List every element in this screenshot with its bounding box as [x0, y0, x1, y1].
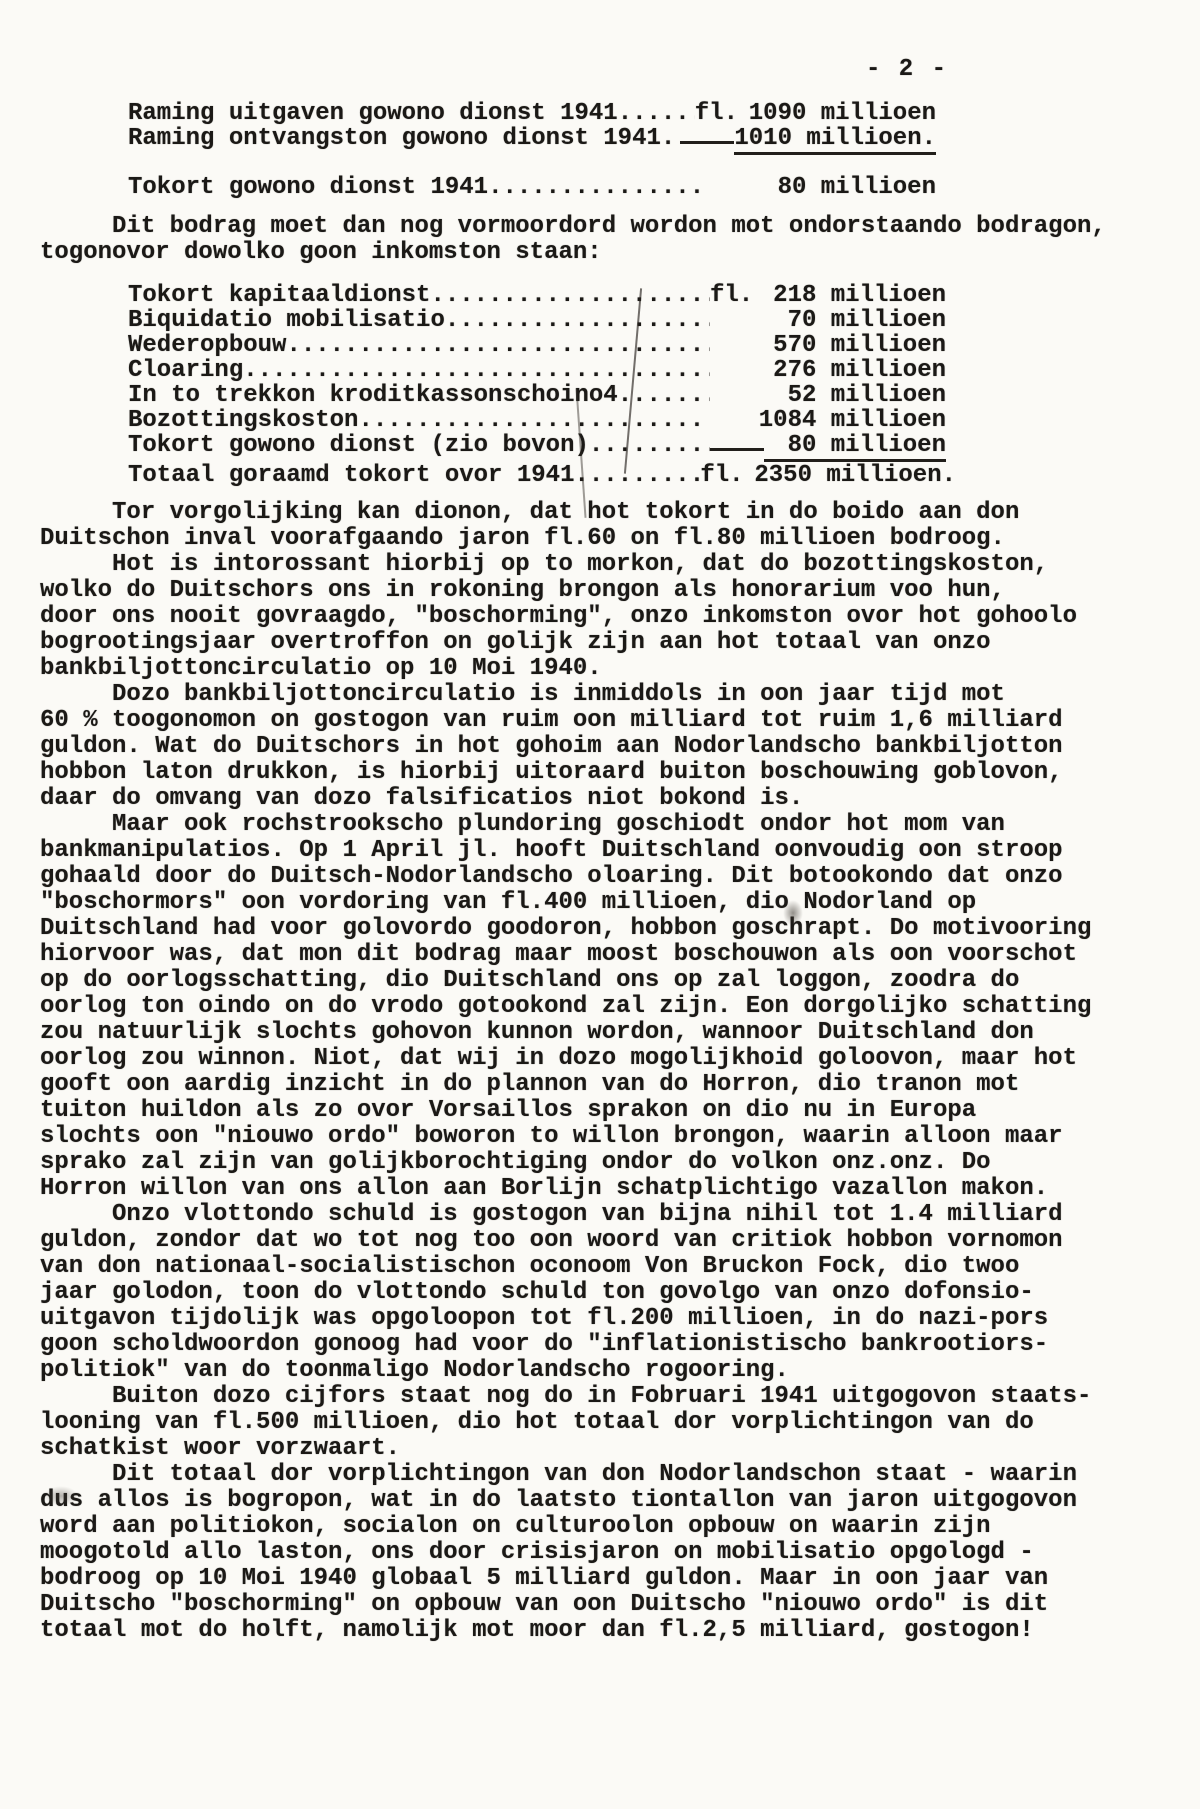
dot-leader: ........................................… — [574, 462, 700, 489]
dot-leader: ........................................… — [488, 174, 700, 201]
dot-leader: ........................................… — [430, 282, 710, 309]
row-amount: 1090 millioen — [749, 100, 936, 127]
dot-leader: ........................................… — [358, 407, 704, 434]
total-row: Totaal goraamd tokort ovor 1941 ........… — [128, 462, 956, 487]
table-row: Raming uitgaven gowono dionst 1941 .....… — [128, 100, 936, 125]
row-label: Raming uitgaven gowono dionst 1941 — [128, 100, 618, 127]
row-amount: 1010 millioen. — [734, 125, 936, 155]
currency-label: fl. — [710, 282, 764, 309]
intro-paragraph: Dit bodrag moet dan nog vormoordord word… — [40, 214, 1106, 266]
row-amount: 570 millioen — [764, 332, 946, 359]
table-row: Tokort gowono dionst (zio bovon) .......… — [128, 432, 946, 457]
row-label: Tokort gowono dionst (zio bovon) — [128, 432, 589, 459]
scanned-document-page: - 2 - Raming uitgaven gowono dionst 1941… — [0, 0, 1200, 1809]
table-row: Cloaring ...............................… — [128, 357, 946, 382]
table-row: Tokort kapitaaldionst ..................… — [128, 282, 946, 307]
table-row: Raming ontvangston gowono dionst 1941 ..… — [128, 125, 936, 150]
table-row: Bozottingskoston .......................… — [128, 407, 946, 432]
dot-leader: ........................................… — [286, 332, 710, 359]
table-row: Tokort gowono dionst 1941 ..............… — [128, 174, 936, 199]
currency-label: fl. — [700, 462, 754, 489]
row-label: Bozottingskoston — [128, 407, 358, 434]
dot-leader: ........................................… — [445, 307, 710, 334]
currency-label — [710, 448, 764, 451]
row-amount: 2350 millioen. — [754, 462, 956, 489]
row-label: Tokort gowono dionst 1941 — [128, 174, 488, 201]
row-label: Totaal goraamd tokort ovor 1941 — [128, 462, 574, 489]
page-number: - 2 - — [866, 56, 948, 83]
row-amount: 276 millioen — [764, 357, 946, 384]
table-row: In to trekkon kroditkassonschoino4 .....… — [128, 382, 946, 407]
row-label: Raming ontvangston gowono dionst 1941 — [128, 125, 661, 152]
row-label: In to trekkon kroditkassonschoino4 — [128, 382, 618, 409]
scan-ink-smudge — [783, 900, 803, 926]
row-label: Wederopbouw — [128, 332, 286, 359]
row-amount: 218 millioen — [764, 282, 946, 309]
row-amount: 1084 millioen — [759, 407, 946, 434]
budget-summary-table: Raming uitgaven gowono dionst 1941 .....… — [128, 100, 936, 199]
scan-ink-smudge — [44, 1486, 78, 1506]
dot-leader: ........................................… — [618, 100, 695, 127]
currency-label — [680, 141, 734, 144]
dot-leader: ........................................… — [243, 357, 710, 384]
currency-label: fl. — [695, 100, 749, 127]
row-amount: 70 millioen — [764, 307, 946, 334]
body-text: Tor vorgolijking kan dionon, dat hot tok… — [40, 500, 1091, 1644]
row-label: Tokort kapitaaldionst — [128, 282, 430, 309]
dot-leader: ........................................… — [661, 125, 680, 152]
dot-leader: ........................................… — [589, 432, 710, 459]
row-label: Cloaring — [128, 357, 243, 384]
total-row-block: Totaal goraamd tokort ovor 1941 ........… — [128, 462, 956, 487]
deficit-items-table: Tokort kapitaaldionst ..................… — [128, 282, 946, 457]
table-row: Biquidatio mobilisatio .................… — [128, 307, 946, 332]
row-amount: 52 millioen — [764, 382, 946, 409]
row-label: Biquidatio mobilisatio — [128, 307, 445, 334]
row-amount: 80 millioen — [764, 432, 946, 462]
row-amount: 80 millioen — [754, 174, 936, 201]
table-row: Wederopbouw ............................… — [128, 332, 946, 357]
